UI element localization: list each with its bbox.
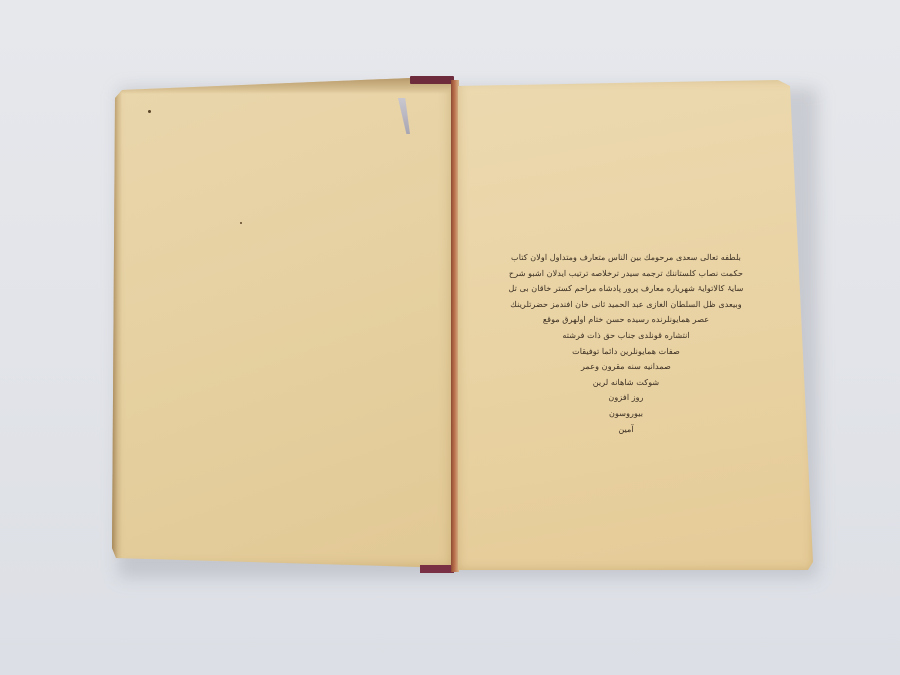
text-line: آمين xyxy=(482,422,770,438)
text-line: بيوروسون xyxy=(482,406,770,422)
left-page-inside-cover xyxy=(112,78,452,568)
photo-scene: بلطفه تعالى سعدى مرحومك بين الناس متعارف… xyxy=(0,0,900,675)
text-line: وبيعدى ظل السلطان الغازى عبد الحميد ثانى… xyxy=(482,297,770,313)
text-line: شوكت شاهانه لرين xyxy=(482,375,770,391)
book-spine xyxy=(451,80,459,572)
text-line: عصر همايونلرنده رسيده حسن ختام اولهرق مو… xyxy=(482,312,770,328)
ottoman-text-block: بلطفه تعالى سعدى مرحومك بين الناس متعارف… xyxy=(482,250,770,437)
cover-edge-top xyxy=(410,76,454,84)
foxing-spot xyxy=(240,222,242,224)
text-line: روز افزون xyxy=(482,390,770,406)
text-line: انتشاره قونلدى جناب حق ذات فرشته xyxy=(482,328,770,344)
text-line: حكمت نصاب كلستاننك ترجمه سيدر ترخلاصه تر… xyxy=(482,266,770,282)
text-line: سايۂ كالاتوايۂ شهرياره معارف پرور پادشاه… xyxy=(482,281,770,297)
text-line: صفات همايونلرين دائما توفيقات xyxy=(482,344,770,360)
text-line: صمدانيه سنه مقرون وعمر xyxy=(482,359,770,375)
text-line: بلطفه تعالى سعدى مرحومك بين الناس متعارف… xyxy=(482,250,770,266)
cover-edge-bottom xyxy=(420,565,454,573)
foxing-spot xyxy=(148,110,151,113)
